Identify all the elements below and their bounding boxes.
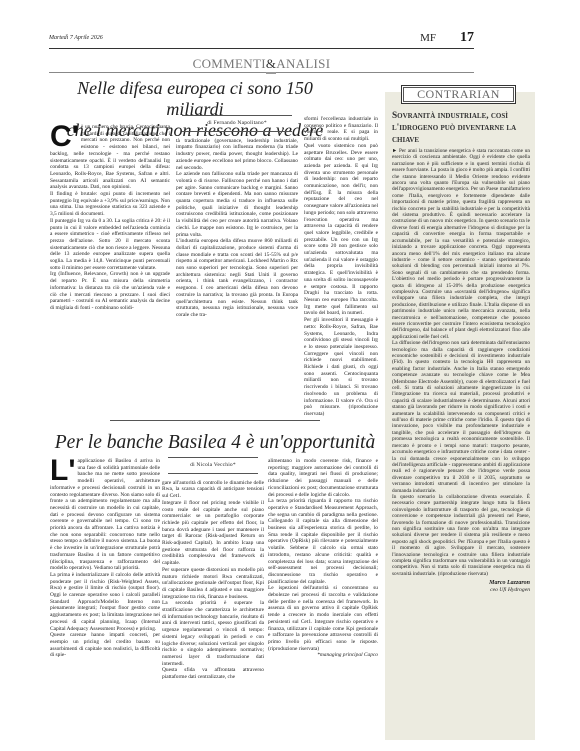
contrarian-label: CONTRARIAN xyxy=(401,85,516,104)
article2-column-3: alimentano in modo coerente risk, financ… xyxy=(268,458,378,751)
contrarian-sidebar: CONTRARIAN Sovranità industriale, così l… xyxy=(385,92,535,740)
masthead-brand: MF xyxy=(420,32,436,44)
article2-signature: *managing principal Capco xyxy=(268,652,378,659)
article2-headline: Per le banche Basilea 4 è un'opportunità xyxy=(50,432,380,454)
article1-column-3: sformi l'eccellenza industriale in conse… xyxy=(304,116,378,418)
dropcap: L' xyxy=(50,459,75,483)
article-divider xyxy=(110,420,320,421)
article2-column-1: L' applicazione di Basilea 4 arriva in u… xyxy=(50,458,160,751)
article1-column-1: C' è un numero che brucia. Centocinquant… xyxy=(50,124,170,416)
contrarian-author-role: ceo Ufi Hydrogen xyxy=(392,587,530,593)
article2-byline: di Nicola Vecchio* xyxy=(168,457,258,474)
article1-byline: di Fernando Napolitano* xyxy=(182,115,292,132)
dropcap: C' xyxy=(50,125,79,149)
page-header: Martedì 7 Aprile 2026 MF 17 xyxy=(49,30,474,49)
article1-column-2: di Fernando Napolitano* tà tradizionale … xyxy=(176,112,298,416)
contrarian-title: Sovranità industriale, così l'idrogeno p… xyxy=(392,110,532,146)
page-number: 17 xyxy=(460,30,474,46)
section-title: COMMENTI & ANALISI xyxy=(49,48,474,73)
section-label: COMMENTI & ANALISI xyxy=(193,52,331,74)
contrarian-body: ► Per anni la transizione energetica è s… xyxy=(392,148,530,593)
issue-date: Martedì 7 Aprile 2026 xyxy=(49,35,103,41)
article2-column-2: di Nicola Vecchio* gare all'autorità di … xyxy=(162,454,264,751)
